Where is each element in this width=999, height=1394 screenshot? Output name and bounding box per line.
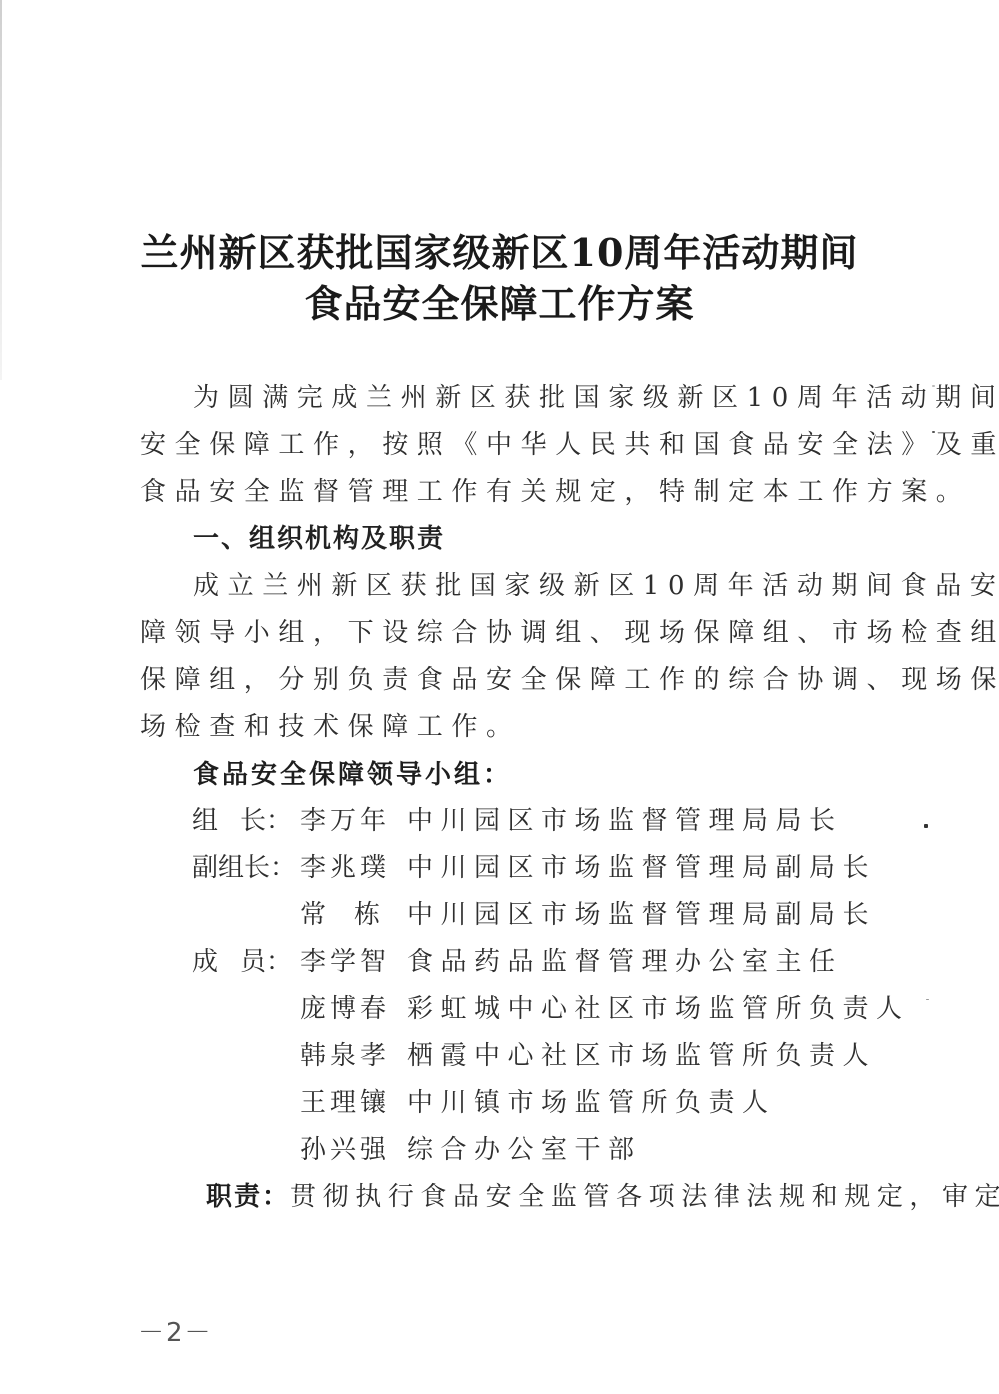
member-position: 栖霞中心社区市场监管所负责人	[407, 1035, 876, 1072]
document-title-line-1: 兰州新区获批国家级新区10周年活动期间	[0, 222, 999, 277]
leadership-group-title: 食品安全保障领导小组：	[193, 754, 512, 791]
member-position: 综合办公室干部	[407, 1129, 642, 1166]
section-paragraph-line-1: 成立兰州新区获批国家级新区10周年活动期间食品安全保	[193, 565, 999, 602]
scan-speck	[932, 385, 935, 387]
duty-text: 贯彻执行食品安全监管各项法律法规和规定，审定	[290, 1182, 999, 1212]
scan-speck	[924, 824, 928, 828]
duty-label: 职责：	[206, 1182, 290, 1212]
member-name: 庞博春	[300, 988, 380, 1025]
duty-line: 职责：贯彻执行食品安全监管各项法律法规和规定，审定	[206, 1176, 999, 1213]
member-position: 中川镇市场监管所负责人	[407, 1082, 776, 1119]
member-name: 常栋	[300, 894, 380, 931]
member-position: 中川园区市场监督管理局副局长	[407, 847, 876, 884]
scan-speck	[926, 999, 929, 1000]
section-paragraph-line-3: 保障组，分别负责食品安全保障工作的综合协调、现场保障、市	[140, 659, 999, 696]
member-name: 李万年	[300, 800, 380, 837]
intro-line-1: 为圆满完成兰州新区获批国家级新区10周年活动期间食品	[193, 377, 999, 414]
section-paragraph-line-2: 障领导小组，下设综合协调组、现场保障组、市场检查组和技术	[140, 612, 999, 649]
member-role: 成员：	[192, 941, 292, 978]
document-title-line-2: 食品安全保障工作方案	[0, 273, 999, 328]
intro-line-3: 食品安全监督管理工作有关规定，特制定本工作方案。	[140, 471, 970, 508]
member-name: 王理镶	[300, 1082, 380, 1119]
member-position: 中川园区市场监督管理局副局长	[407, 894, 876, 931]
section-paragraph-line-4: 场检查和技术保障工作。	[140, 706, 521, 743]
member-name: 李学智	[300, 941, 380, 978]
page-number: －2－	[138, 1312, 213, 1349]
member-name: 韩泉孝	[300, 1035, 380, 1072]
member-position: 彩虹城中心社区市场监管所负责人	[407, 988, 910, 1025]
intro-line-2: 安全保障工作，按照《中华人民共和国食品安全法》及重大活动	[140, 424, 999, 461]
member-name: 李兆璞	[300, 847, 380, 884]
member-role: 副组长：	[192, 847, 292, 884]
member-name: 孙兴强	[300, 1129, 380, 1166]
member-position: 食品药品监督管理办公室主任	[407, 941, 843, 978]
member-position: 中川园区市场监督管理局局长	[407, 800, 843, 837]
section-heading-organization: 一、组织机构及职责	[193, 518, 445, 555]
scan-speck	[932, 431, 935, 433]
member-role: 组长：	[192, 800, 292, 837]
